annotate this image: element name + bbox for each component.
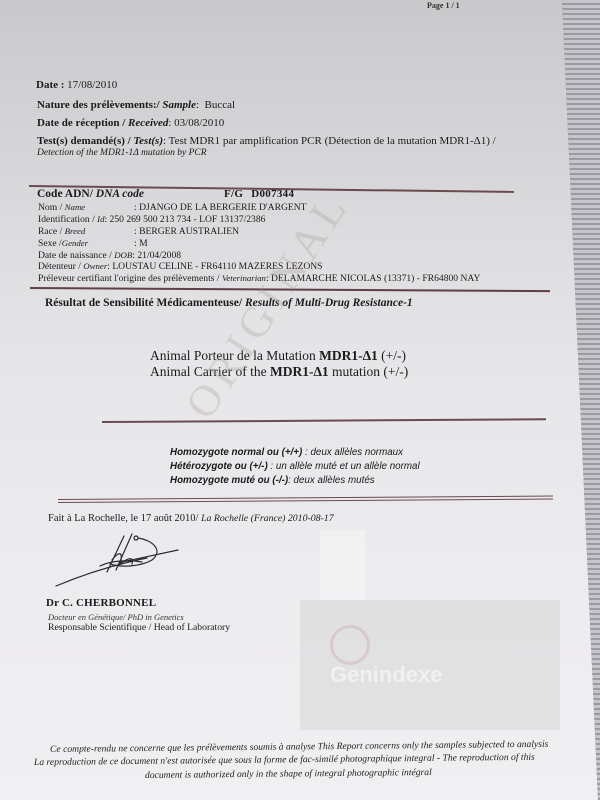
report-date: Date : 17/08/2010 [36,79,117,91]
result-title-fr: Résultat de Sensibilité Médicamenteuse/ [45,297,242,309]
field-label-en: Gender [62,238,88,248]
received-date: Date de réception / Received: 03/08/2010 [37,117,224,129]
legend-term: Homozygote muté ou (-/-) [170,475,288,486]
bleed-through-logo-icon [330,625,370,665]
dna-title-fr: Code ADN/ [37,188,93,200]
sample-label-en: Sample [162,99,196,111]
received-label-fr: Date de réception / [37,117,125,129]
received-label-en: Received [128,117,168,129]
received-value: 03/08/2010 [174,117,224,129]
legend-term: Hétérozygote ou (+/-) [170,461,268,472]
doctor-qualification: Docteur en Génétique/ PhD in Genetics [48,612,184,622]
field-label: Préleveur certifiant l'origine des prélè… [38,273,220,284]
dna-code: F/GD007344 [224,188,294,200]
field-value: : 250 269 500 213 734 - LOF 13137/2386 [104,214,265,225]
doctor-name: Dr C. CHERBONNEL [46,597,156,609]
legend-item: Homozygote muté ou (-/-): deux allèles m… [170,475,375,486]
field-label-en: DOB [114,250,132,260]
tests-value-fr: Test MDR1 par amplification PCR (Détecti… [169,135,496,147]
status-marker: MDR1-Δ1 [270,364,329,379]
tests-requested: Test(s) demandé(s) / Test(s): Test MDR1 … [37,135,496,147]
document-page: Genindexe Page 1 / 1 Date : 17/08/2010 N… [0,0,600,800]
field-id: Identification / Id: 250 269 500 213 734… [38,214,265,225]
legend-desc: : deux allèles mutés [288,475,375,486]
footer-line: document is authorized only in the shape… [145,767,432,781]
place-date-en: La Rochelle (France) 2010-08-17 [201,513,334,524]
divider [102,418,546,423]
field-label: Nom / [38,202,62,213]
legend-desc: : deux allèles normaux [302,447,403,458]
field-label: Détenteur / [38,261,81,272]
legend-term: Homozygote normal ou (+/+) [170,447,302,458]
field-name: Nom / Name: DJANGO DE LA BERGERIE D'ARGE… [38,202,307,213]
field-label-en: Name [65,202,86,212]
sample-type: Nature des prélèvements:/ Sample: Buccal [37,99,235,111]
place-date-fr: Fait à La Rochelle, le 17 août 2010/ [48,513,198,524]
bleed-through-brand: Genindexe [330,662,442,688]
field-value: : 21/04/2008 [132,250,181,261]
field-label: Sexe / [38,238,62,249]
dna-title-en: DNA code [96,188,144,200]
legend-desc: : un allèle muté et un allèle normal [268,461,420,472]
fg-label: F/G [224,188,243,200]
doctor-role: Responsable Scientifique / Head of Labor… [48,622,230,633]
status-marker: MDR1-Δ1 [319,348,378,363]
field-dob: Date de naissance / DOB: 21/04/2008 [38,250,181,261]
place-date: Fait à La Rochelle, le 17 août 2010/ La … [48,513,334,524]
tests-label-en: Test(s) [133,135,163,147]
field-value: : BERGER AUSTRALIEN [134,226,239,237]
signature-icon [52,530,182,588]
date-value: 17/08/2010 [67,79,117,91]
field-label-en: Owner [83,261,107,271]
result-status-fr: Animal Porteur de la Mutation MDR1-Δ1 (+… [150,348,406,364]
field-breed: Race / Breed: BERGER AUSTRALIEN [38,226,239,237]
field-gender: Sexe /Gender: M [38,238,148,249]
page-number: Page 1 / 1 [427,1,460,10]
field-label: Identification / [38,214,95,225]
field-label: Race / [38,226,62,237]
status-genotype: (+/-) [381,348,406,363]
tests-label-fr: Test(s) demandé(s) / [37,135,131,147]
field-label-en: Breed [65,226,86,236]
field-value: : M [134,238,148,249]
field-label: Date de naissance / [38,250,112,261]
sample-label-fr: Nature des prélèvements:/ [37,99,160,111]
sample-value: Buccal [205,99,236,111]
date-label: Date : [36,79,64,91]
tests-value-en: Detection of the MDR1-1Δ mutation by PCR [37,148,207,158]
legend-item: Homozygote normal ou (+/+) : deux allèle… [170,447,403,458]
dna-code-value: D007344 [251,188,294,200]
result-title: Résultat de Sensibilité Médicamenteuse/ … [45,297,413,309]
bleed-through-box [320,530,365,600]
status-genotype: mutation (+/-) [332,364,408,379]
dna-code-title: Code ADN/ DNA code [37,188,144,200]
legend-item: Hétérozygote ou (+/-) : un allèle muté e… [170,461,420,472]
field-value: : DJANGO DE LA BERGERIE D'ARGENT [134,202,307,213]
